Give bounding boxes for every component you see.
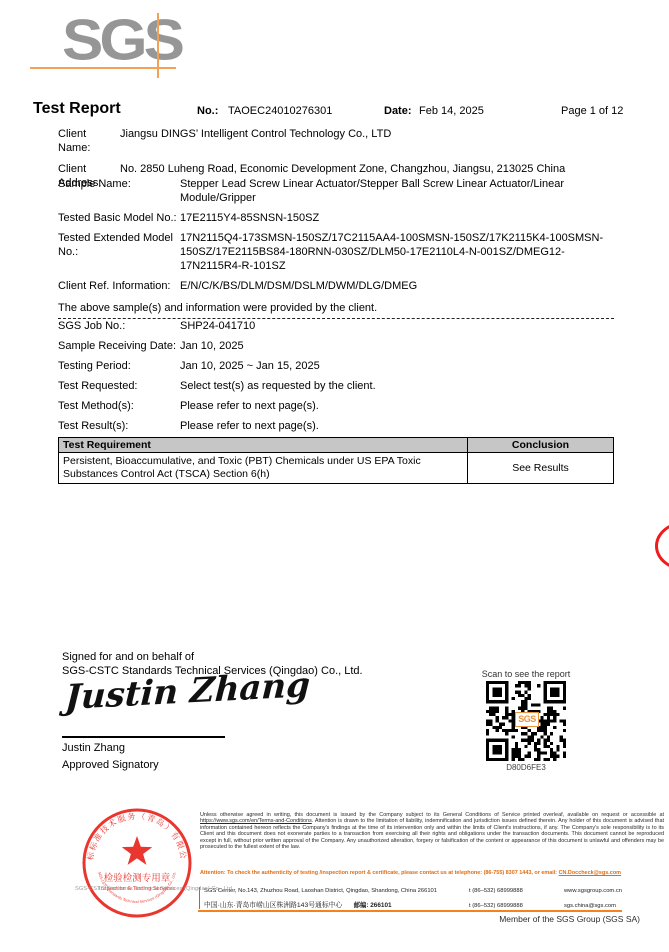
client-ref-label: Client Ref. Information: (58, 279, 180, 293)
extended-model-label: Tested Extended Model No.: (58, 231, 180, 273)
client-name-row: Client Name: Jiangsu DINGS’ Intelligent … (58, 127, 618, 155)
logo-crosshair-horizontal (30, 67, 176, 69)
sgs-job-row: SGS Job No.: SHP24-041710 (58, 319, 615, 333)
legal-disclaimer: Unless otherwise agreed in writing, this… (200, 812, 664, 851)
test-requirement-cell: Persistent, Bioaccumulative, and Toxic (… (59, 453, 468, 484)
basic-model-row: Tested Basic Model No.: 17E2115Y4-85SNSN… (58, 211, 615, 225)
test-requested-row: Test Requested: Select test(s) as reques… (58, 379, 615, 393)
test-report-page: SGS Test Report No.: TAOEC24010276301 Da… (0, 0, 669, 952)
report-no-value: TAOEC24010276301 (228, 105, 332, 117)
results-table-header-row: Test Requirement Conclusion (59, 438, 614, 453)
sample-name-value: Stepper Lead Screw Linear Actuator/Stepp… (180, 177, 615, 205)
testing-period-label: Testing Period: (58, 359, 180, 373)
conclusion-header: Conclusion (468, 438, 614, 453)
qr-caption: Scan to see the report (466, 669, 586, 679)
report-no-label: No.: (197, 105, 218, 117)
sgs-job-value: SHP24-041710 (180, 319, 615, 333)
test-requirement-header: Test Requirement (59, 438, 468, 453)
test-requested-value: Select test(s) as requested by the clien… (180, 379, 615, 393)
testing-period-row: Testing Period: Jan 10, 2025 ~ Jan 15, 2… (58, 359, 615, 373)
address-cn: 中国·山东·青岛市崂山区株洲路143号通标中心 邮编: 266101 (204, 899, 469, 909)
signatory-name: Justin Zhang (62, 742, 125, 754)
page-number: Page 1 of 12 (561, 105, 623, 117)
client-name-label: Client Name: (58, 127, 120, 155)
test-requested-label: Test Requested: (58, 379, 180, 393)
receiving-date-row: Sample Receiving Date: Jan 10, 2025 (58, 339, 615, 353)
test-result-value: Please refer to next page(s). (180, 419, 615, 433)
job-info-section: SGS Job No.: SHP24-041710 Sample Receivi… (58, 319, 615, 439)
address-row-cn: 中国·山东·青岛市崂山区株洲路143号通标中心 邮编: 266101 t (86… (204, 899, 656, 910)
address-cn-text: 中国·山东·青岛市崂山区株洲路143号通标中心 (204, 902, 342, 909)
phone-cn: t (86–532) 68999888 (469, 903, 564, 909)
testing-period-value: Jan 10, 2025 ~ Jan 15, 2025 (180, 359, 615, 373)
test-method-label: Test Method(s): (58, 399, 180, 413)
stamp-star-icon (122, 836, 152, 865)
sgs-group-member-line: Member of the SGS Group (SGS SA) (400, 914, 640, 924)
phone-en: t (86–532) 68999888 (469, 888, 564, 894)
sgs-job-label: SGS Job No.: (58, 319, 180, 333)
client-name-value: Jiangsu DINGS’ Intelligent Control Techn… (120, 127, 618, 155)
sample-info-section: Sample Name: Stepper Lead Screw Linear A… (58, 177, 615, 319)
sample-name-row: Sample Name: Stepper Lead Screw Linear A… (58, 177, 615, 205)
client-ref-row: Client Ref. Information: E/N/C/K/BS/DLM/… (58, 279, 615, 293)
extended-model-value: 17N2115Q4-173SMSN-150SZ/17C2115AA4-100SM… (180, 231, 615, 273)
footer-orange-rule (198, 910, 622, 912)
sgs-logo: SGS (62, 8, 181, 73)
signatory-role: Approved Signatory (62, 759, 159, 771)
edge-stamp-arc (655, 521, 669, 571)
stamp-overlay-company: SGS-CSTC Standards Technical Services (Q… (75, 886, 275, 892)
stamp-center-cn: 检验检测专用章 (104, 872, 171, 884)
provided-by-client-note: The above sample(s) and information were… (58, 301, 615, 315)
report-date-label: Date: (384, 105, 412, 117)
attention-text: Attention: To check the authenticity of … (200, 870, 559, 876)
legal-text-pre: Unless otherwise agreed in writing, this… (200, 812, 664, 818)
signature-underline (62, 736, 225, 738)
page-title: Test Report (33, 100, 121, 118)
signed-on-behalf-line: Signed for and on behalf of (62, 651, 194, 663)
email-link[interactable]: sgs.china@sgs.com (564, 903, 656, 909)
qr-report-code: D80D6FE3 (466, 763, 586, 772)
website-link[interactable]: www.sgsgroup.com.cn (564, 888, 656, 894)
inspection-stamp: 通标标准技术服务（青岛）有限公司 SGS-CSTC Standards Tech… (80, 806, 194, 920)
sample-name-label: Sample Name: (58, 177, 180, 205)
basic-model-value: 17E2115Y4-85SNSN-150SZ (180, 211, 615, 225)
extended-model-row: Tested Extended Model No.: 17N2115Q4-173… (58, 231, 615, 273)
report-date-value: Feb 14, 2025 (419, 105, 484, 117)
basic-model-label: Tested Basic Model No.: (58, 211, 180, 225)
terms-link[interactable]: https://www.sgs.com/en/Terms-and-Conditi… (200, 818, 312, 824)
table-row: Persistent, Bioaccumulative, and Toxic (… (59, 453, 614, 484)
qr-code: SGS (486, 681, 566, 761)
qr-center-logo: SGS (515, 712, 539, 727)
conclusion-cell: See Results (468, 453, 614, 484)
doccheck-email-link[interactable]: CN.Doccheck@sgs.com (559, 870, 621, 876)
results-table: Test Requirement Conclusion Persistent, … (58, 437, 614, 484)
receiving-date-value: Jan 10, 2025 (180, 339, 615, 353)
test-method-row: Test Method(s): Please refer to next pag… (58, 399, 615, 413)
test-result-row: Test Result(s): Please refer to next pag… (58, 419, 615, 433)
postcode: 邮编: 266101 (354, 902, 392, 909)
client-ref-value: E/N/C/K/BS/DLM/DSM/DSLM/DWM/DLG/DMEG (180, 279, 615, 293)
test-method-value: Please refer to next page(s). (180, 399, 615, 413)
test-result-label: Test Result(s): (58, 419, 180, 433)
attention-notice: Attention: To check the authenticity of … (200, 870, 664, 876)
receiving-date-label: Sample Receiving Date: (58, 339, 180, 353)
